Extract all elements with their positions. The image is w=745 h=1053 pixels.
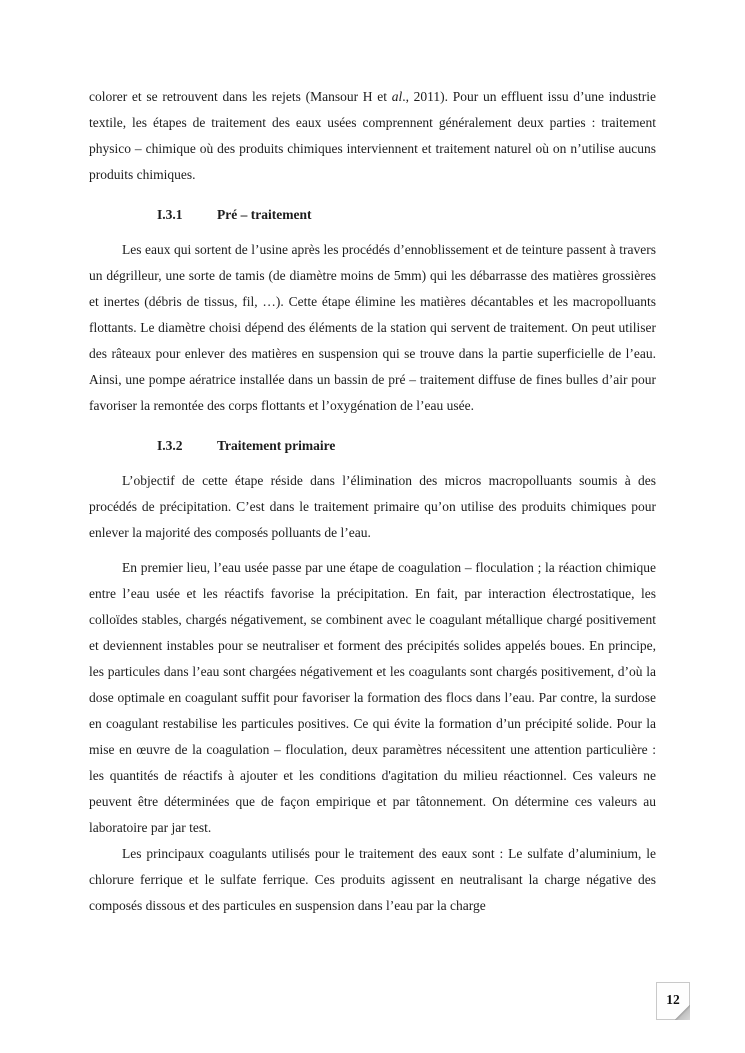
paragraph-intro-text: colorer et se retrouvent dans les rejets… [89, 89, 392, 104]
section-heading-pre-traitement: I.3.1Pré – traitement [89, 202, 656, 228]
folded-corner-icon [675, 1005, 690, 1020]
paragraph-coagulation: En premier lieu, l’eau usée passe par un… [89, 555, 656, 841]
paragraph-coagulants: Les principaux coagulants utilisés pour … [89, 841, 656, 919]
paragraph-pre-traitement: Les eaux qui sortent de l’usine après le… [89, 237, 656, 419]
document-page: colorer et se retrouvent dans les rejets… [0, 0, 745, 1053]
section-number: I.3.2 [157, 433, 217, 459]
section-number: I.3.1 [157, 202, 217, 228]
section-heading-traitement-primaire: I.3.2Traitement primaire [89, 433, 656, 459]
paragraph-objectif: L’objectif de cette étape réside dans l’… [89, 468, 656, 546]
section-title: Traitement primaire [217, 438, 335, 453]
page-number-box: 12 [656, 982, 690, 1020]
section-title: Pré – traitement [217, 207, 311, 222]
paragraph-intro: colorer et se retrouvent dans les rejets… [89, 84, 656, 188]
citation-et-al: al [392, 89, 403, 104]
